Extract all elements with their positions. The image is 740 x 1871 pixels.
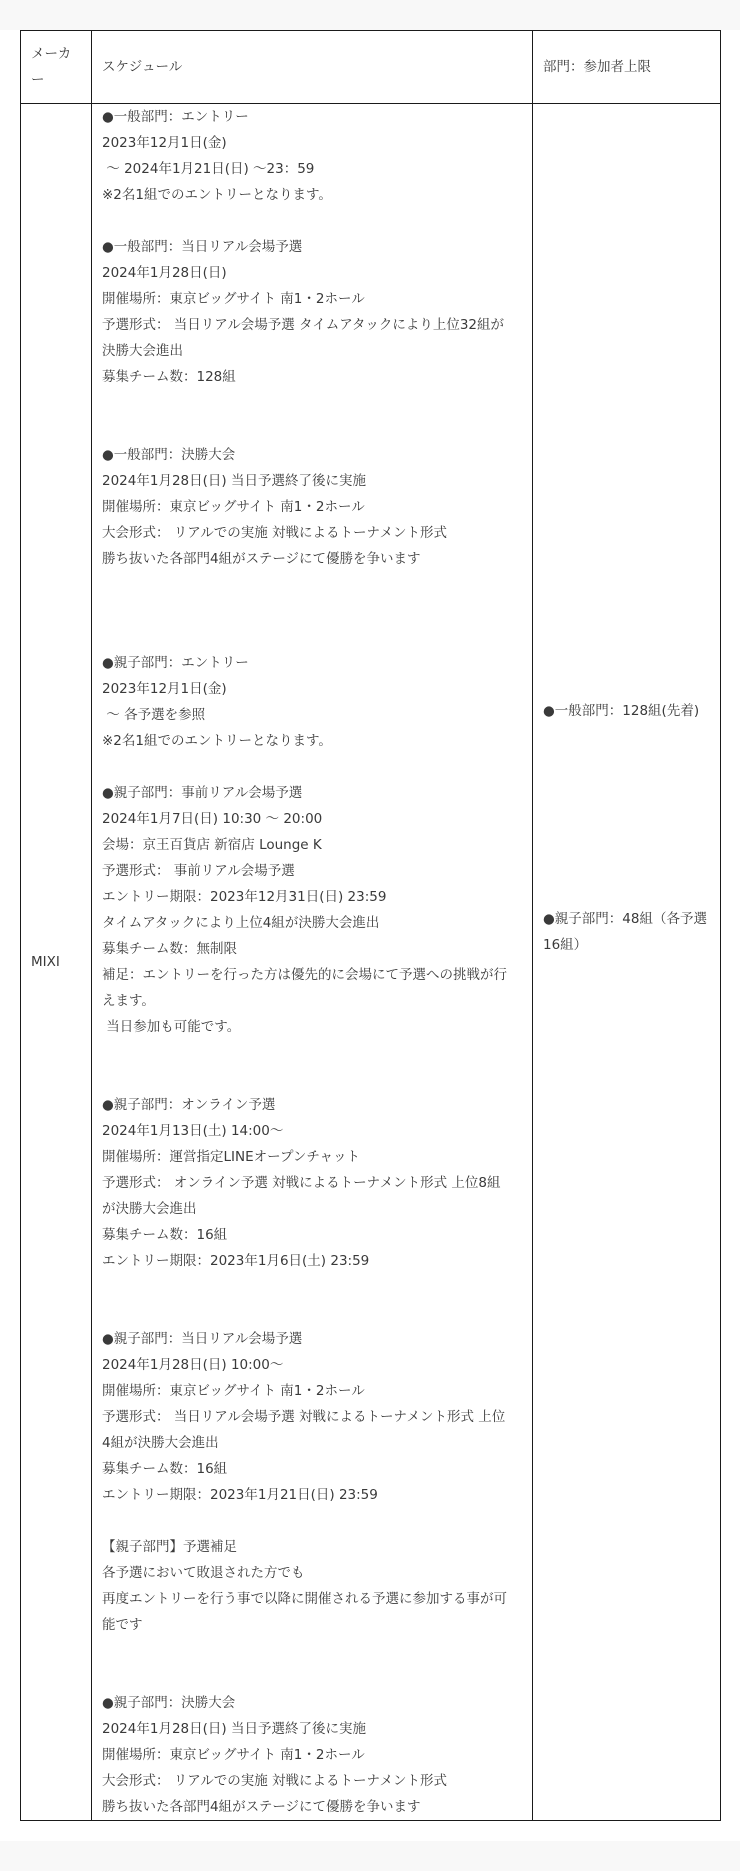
schedule-line: 開催場所：東京ビッグサイト 南1・2ホール [102, 286, 522, 312]
schedule-line: 予選形式： 事前リアル会場予選 [102, 858, 522, 884]
schedule-line: 募集チーム数：128組 [102, 364, 522, 390]
maker-cell: MIXI [21, 104, 92, 1821]
schedule-line: が決勝大会進出 [102, 1196, 522, 1222]
blank-line [102, 598, 522, 624]
schedule-line: 2024年1月28日(日) 当日予選終了後に実施 [102, 468, 522, 494]
limits-cell: ●一般部門：128組(先着) ●親子部門：48組（各予選16組） [533, 104, 721, 1821]
schedule-line: エントリー期限：2023年1月21日(日) 23:59 [102, 1482, 522, 1508]
schedule-line: ●親子部門：事前リアル会場予選 [102, 780, 522, 806]
schedule-line: 各予選において敗退された方でも [102, 1560, 522, 1586]
blank-line [102, 416, 522, 442]
schedule-line: 2024年1月28日(日) 10:00〜 [102, 1352, 522, 1378]
schedule-line: ●親子部門：オンライン予選 [102, 1092, 522, 1118]
schedule-line: ●親子部門：決勝大会 [102, 1690, 522, 1716]
schedule-cell: ●一般部門：エントリー2023年12月1日(金) 〜 2024年1月21日(日)… [92, 104, 533, 1821]
blank-line [102, 1040, 522, 1066]
schedule-line: 〜 各予選を参照 [102, 702, 522, 728]
limit-general: ●一般部門：128組(先着) [543, 698, 710, 724]
schedule-line: 勝ち抜いた各部門4組がステージにて優勝を争います [102, 1794, 522, 1820]
schedule-line: ●一般部門：当日リアル会場予選 [102, 234, 522, 260]
schedule-line: ※2名1組でのエントリーとなります。 [102, 182, 522, 208]
table-header-row: メーカー スケジュール 部門：参加者上限 [21, 31, 721, 104]
schedule-table: メーカー スケジュール 部門：参加者上限 MIXI ●一般部門：エントリー202… [20, 30, 721, 1821]
header-limits: 部門：参加者上限 [533, 31, 721, 104]
schedule-line: タイムアタックにより上位4組が決勝大会進出 [102, 910, 522, 936]
schedule-line: 募集チーム数：16組 [102, 1456, 522, 1482]
schedule-line: 2023年12月1日(金) [102, 676, 522, 702]
schedule-line: 4組が決勝大会進出 [102, 1430, 522, 1456]
schedule-line: 2024年1月13日(土) 14:00〜 [102, 1118, 522, 1144]
schedule-line: ●親子部門：エントリー [102, 650, 522, 676]
schedule-line: ※2名1組でのエントリーとなります。 [102, 728, 522, 754]
schedule-line: 開催場所：東京ビッグサイト 南1・2ホール [102, 494, 522, 520]
schedule-line: 〜 2024年1月21日(日) 〜23：59 [102, 156, 522, 182]
schedule-line: 開催場所：運営指定LINEオープンチャット [102, 1144, 522, 1170]
schedule-line: 募集チーム数：16組 [102, 1222, 522, 1248]
schedule-line: 当日参加も可能です。 [102, 1014, 522, 1040]
schedule-line: 補足：エントリーを行った方は優先的に会場にて予選への挑戦が行 [102, 962, 522, 988]
blank-line [102, 1300, 522, 1326]
schedule-line: 2024年1月28日(日) 当日予選終了後に実施 [102, 1716, 522, 1742]
schedule-line: 大会形式： リアルでの実施 対戦によるトーナメント形式 [102, 520, 522, 546]
schedule-line: 募集チーム数：無制限 [102, 936, 522, 962]
blank-line [102, 1638, 522, 1664]
schedule-line: 予選形式： オンライン予選 対戦によるトーナメント形式 上位8組 [102, 1170, 522, 1196]
schedule-line: 大会形式： リアルでの実施 対戦によるトーナメント形式 [102, 1768, 522, 1794]
schedule-line: 開催場所：東京ビッグサイト 南1・2ホール [102, 1742, 522, 1768]
schedule-line: 2024年1月7日(日) 10:30 〜 20:00 [102, 806, 522, 832]
schedule-line: 会場：京王百貨店 新宿店 Lounge K [102, 832, 522, 858]
blank-line [102, 572, 522, 598]
limit-family: ●親子部門：48組（各予選16組） [543, 906, 710, 958]
schedule-line: 2024年1月28日(日) [102, 260, 522, 286]
schedule-line: 【親子部門】予選補足 [102, 1534, 522, 1560]
schedule-line: エントリー期限：2023年1月6日(土) 23:59 [102, 1248, 522, 1274]
header-maker: メーカー [21, 31, 92, 104]
blank-line [102, 208, 522, 234]
blank-line [102, 390, 522, 416]
blank-line [102, 1508, 522, 1534]
schedule-line: 再度エントリーを行う事で以降に開催される予選に参加する事が可 [102, 1586, 522, 1612]
schedule-line: ●一般部門：決勝大会 [102, 442, 522, 468]
schedule-line: 決勝大会進出 [102, 338, 522, 364]
schedule-line: ●親子部門：当日リアル会場予選 [102, 1326, 522, 1352]
schedule-line: 開催場所：東京ビッグサイト 南1・2ホール [102, 1378, 522, 1404]
schedule-line: 勝ち抜いた各部門4組がステージにて優勝を争います [102, 546, 522, 572]
blank-line [102, 1066, 522, 1092]
schedule-line: ●一般部門：エントリー [102, 104, 522, 130]
schedule-line: えます。 [102, 988, 522, 1014]
schedule-line: 2023年12月1日(金) [102, 130, 522, 156]
blank-line [102, 624, 522, 650]
blank-line [102, 754, 522, 780]
schedule-line: 能です [102, 1612, 522, 1638]
blank-line [102, 1274, 522, 1300]
header-schedule: スケジュール [92, 31, 533, 104]
schedule-line: 予選形式： 当日リアル会場予選 対戦によるトーナメント形式 上位 [102, 1404, 522, 1430]
blank-line [102, 1664, 522, 1690]
schedule-line: 予選形式： 当日リアル会場予選 タイムアタックにより上位32組が [102, 312, 522, 338]
table-row: MIXI ●一般部門：エントリー2023年12月1日(金) 〜 2024年1月2… [21, 104, 721, 1821]
schedule-line: エントリー期限：2023年12月31日(日) 23:59 [102, 884, 522, 910]
page-content: メーカー スケジュール 部門：参加者上限 MIXI ●一般部門：エントリー202… [0, 30, 740, 1841]
